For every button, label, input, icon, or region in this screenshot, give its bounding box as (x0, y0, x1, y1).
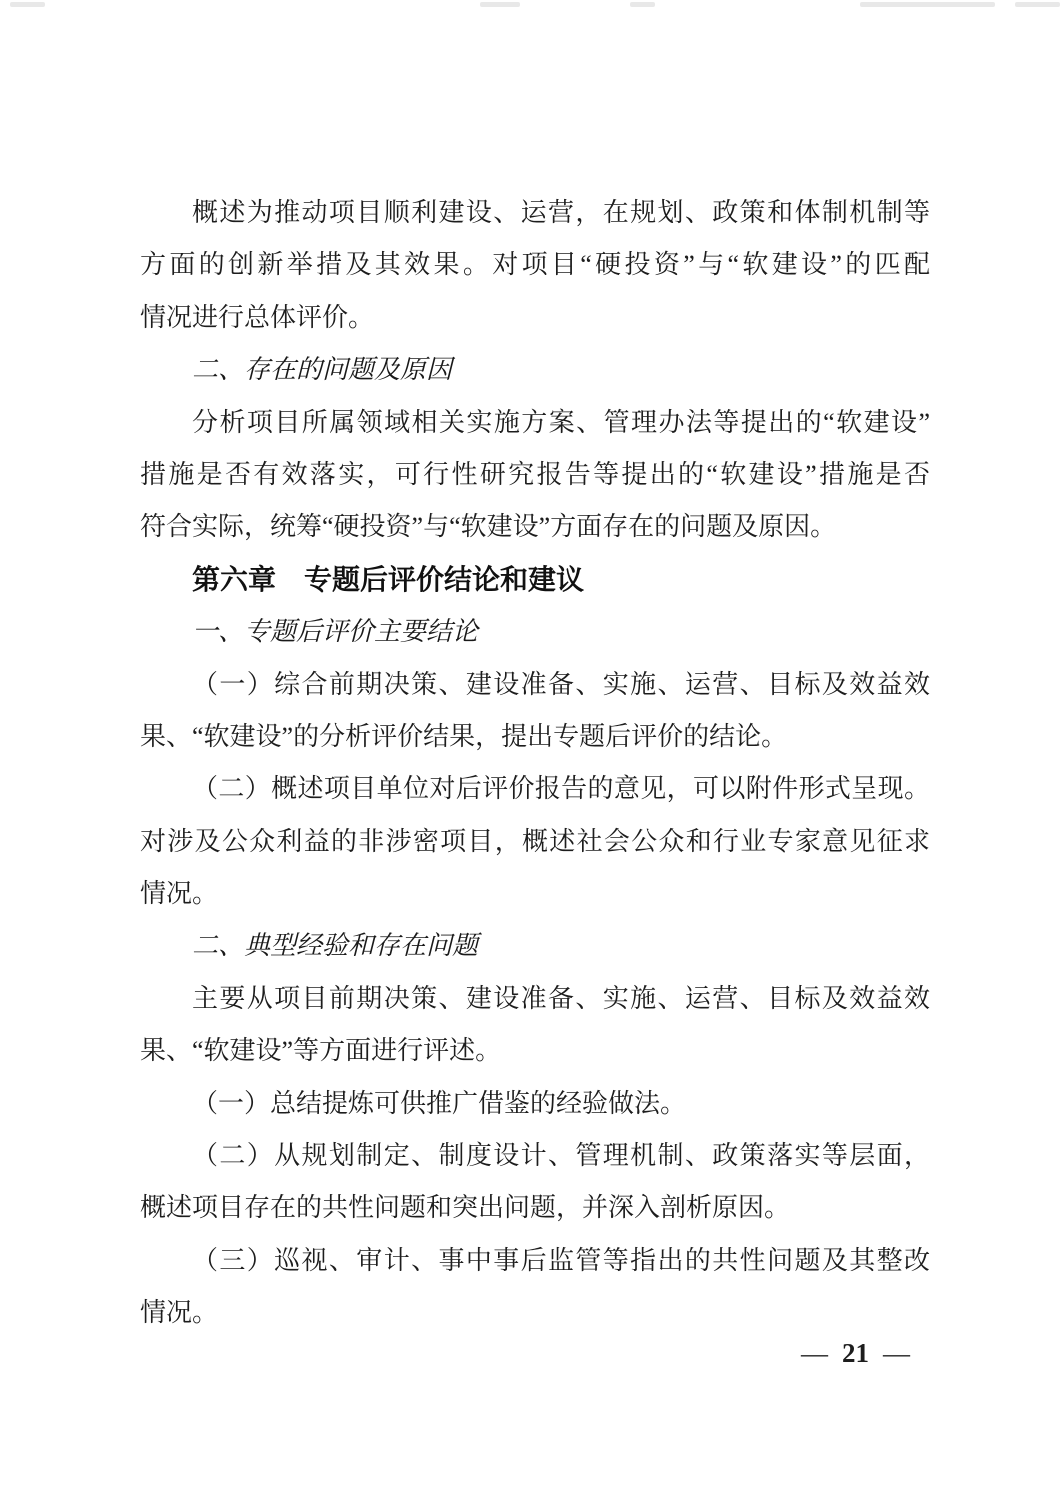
scan-artifact (630, 2, 655, 7)
document-lines: 概述为推动项目顺利建设、运营，在规划、政策和体制机制等方面的创新举措及其效果。对… (140, 187, 930, 1340)
paragraph-line: （二）从规划制定、制度设计、管理机制、政策落实等层面， (140, 1130, 930, 1182)
section-heading: 一、专题后评价主要结论 (140, 606, 930, 658)
chapter-heading: 第六章 专题后评价结论和建议 (140, 554, 930, 606)
document-page: 概述为推动项目顺利建设、运营，在规划、政策和体制机制等方面的创新举措及其效果。对… (0, 0, 1060, 1500)
paragraph-line: （二）概述项目单位对后评价报告的意见，可以附件形式呈现。 (140, 763, 930, 815)
paragraph-line: 概述为推动项目顺利建设、运营，在规划、政策和体制机制等 (140, 187, 930, 239)
paragraph-line: 果、“软建设”的分析评价结果，提出专题后评价的结论。 (140, 711, 930, 763)
paragraph-line: 分析项目所属领域相关实施方案、管理办法等提出的“软建设” (140, 397, 930, 449)
paragraph-line: 方面的创新举措及其效果。对项目“硬投资”与“软建设”的匹配 (140, 239, 930, 291)
paragraph-line: 符合实际，统筹“硬投资”与“软建设”方面存在的问题及原因。 (140, 501, 930, 553)
paragraph-line: （三）巡视、审计、事中事后监管等指出的共性问题及其整改 (140, 1235, 930, 1287)
paragraph-line: 主要从项目前期决策、建设准备、实施、运营、目标及效益效 (140, 973, 930, 1025)
section-heading: 二、典型经验和存在问题 (140, 920, 930, 972)
scan-artifact (860, 2, 995, 7)
paragraph-line: 措施是否有效落实，可行性研究报告等提出的“软建设”措施是否 (140, 449, 930, 501)
paragraph-line: 概述项目存在的共性问题和突出问题，并深入剖析原因。 (140, 1182, 930, 1234)
page-number-dash-left: — (801, 1338, 828, 1368)
scan-artifact (480, 2, 520, 7)
paragraph-line: 果、“软建设”等方面进行评述。 (140, 1025, 930, 1077)
paragraph-line: 情况。 (140, 868, 930, 920)
page-number: 21 (828, 1338, 883, 1368)
paragraph-line: （一）综合前期决策、建设准备、实施、运营、目标及效益效 (140, 659, 930, 711)
page-footer: —21— (140, 1327, 930, 1379)
page-number-dash-right: — (883, 1338, 910, 1368)
section-heading: 二、存在的问题及原因 (140, 344, 930, 396)
scan-artifact (10, 2, 45, 7)
paragraph-line: 情况进行总体评价。 (140, 292, 930, 344)
scan-artifact (1015, 2, 1060, 7)
paragraph-line: 对涉及公众利益的非涉密项目，概述社会公众和行业专家意见征求 (140, 816, 930, 868)
paragraph-line: （一）总结提炼可供推广借鉴的经验做法。 (140, 1078, 930, 1130)
